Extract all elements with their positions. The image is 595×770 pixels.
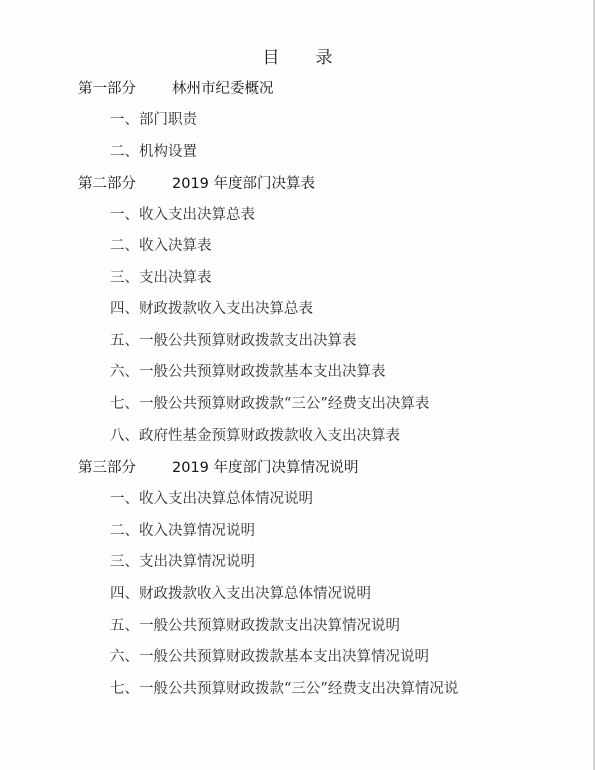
- toc-item[interactable]: 六、一般公共预算财政拨款基本支出决算情况说明: [110, 645, 429, 666]
- toc-title: 目录: [0, 43, 595, 68]
- toc-item[interactable]: 三、支出决算表: [110, 266, 212, 287]
- toc-part-1[interactable]: 第一部分林州市纪委概况: [78, 77, 274, 98]
- toc-item[interactable]: 一、收入支出决算总表: [110, 203, 255, 224]
- toc-item[interactable]: 四、财政拨款收入支出决算总体情况说明: [110, 582, 371, 603]
- toc-item[interactable]: 二、收入决算表: [110, 234, 212, 255]
- toc-item[interactable]: 一、收入支出决算总体情况说明: [110, 487, 313, 508]
- part-label: 第二部分: [78, 172, 172, 193]
- toc-part-2[interactable]: 第二部分2019 年度部门决算表: [78, 172, 315, 193]
- toc-item[interactable]: 二、收入决算情况说明: [110, 519, 255, 540]
- toc-item[interactable]: 三、支出决算情况说明: [110, 550, 255, 571]
- part-title: 2019 年度部门决算表: [172, 172, 315, 193]
- toc-item[interactable]: 五、一般公共预算财政拨款支出决算表: [110, 329, 357, 350]
- toc-item[interactable]: 六、一般公共预算财政拨款基本支出决算表: [110, 360, 386, 381]
- part-title: 2019 年度部门决算情况说明: [172, 456, 359, 477]
- part-title: 林州市纪委概况: [172, 77, 274, 98]
- toc-item[interactable]: 二、机构设置: [110, 140, 197, 161]
- toc-item[interactable]: 七、一般公共预算财政拨款“三公”经费支出决算表: [110, 392, 429, 413]
- toc-item[interactable]: 一、部门职责: [110, 108, 197, 129]
- part-label: 第一部分: [78, 77, 172, 98]
- toc-item[interactable]: 七、一般公共预算财政拨款“三公”经费支出决算情况说: [110, 677, 458, 698]
- toc-item[interactable]: 四、财政拨款收入支出决算总表: [110, 297, 313, 318]
- part-label: 第三部分: [78, 456, 172, 477]
- toc-item[interactable]: 五、一般公共预算财政拨款支出决算情况说明: [110, 614, 400, 635]
- toc-title-char-2: 录: [316, 48, 333, 68]
- toc-title-char-1: 目: [263, 48, 280, 68]
- toc-part-3[interactable]: 第三部分2019 年度部门决算情况说明: [78, 456, 359, 477]
- toc-item[interactable]: 八、政府性基金预算财政拨款收入支出决算表: [110, 424, 400, 445]
